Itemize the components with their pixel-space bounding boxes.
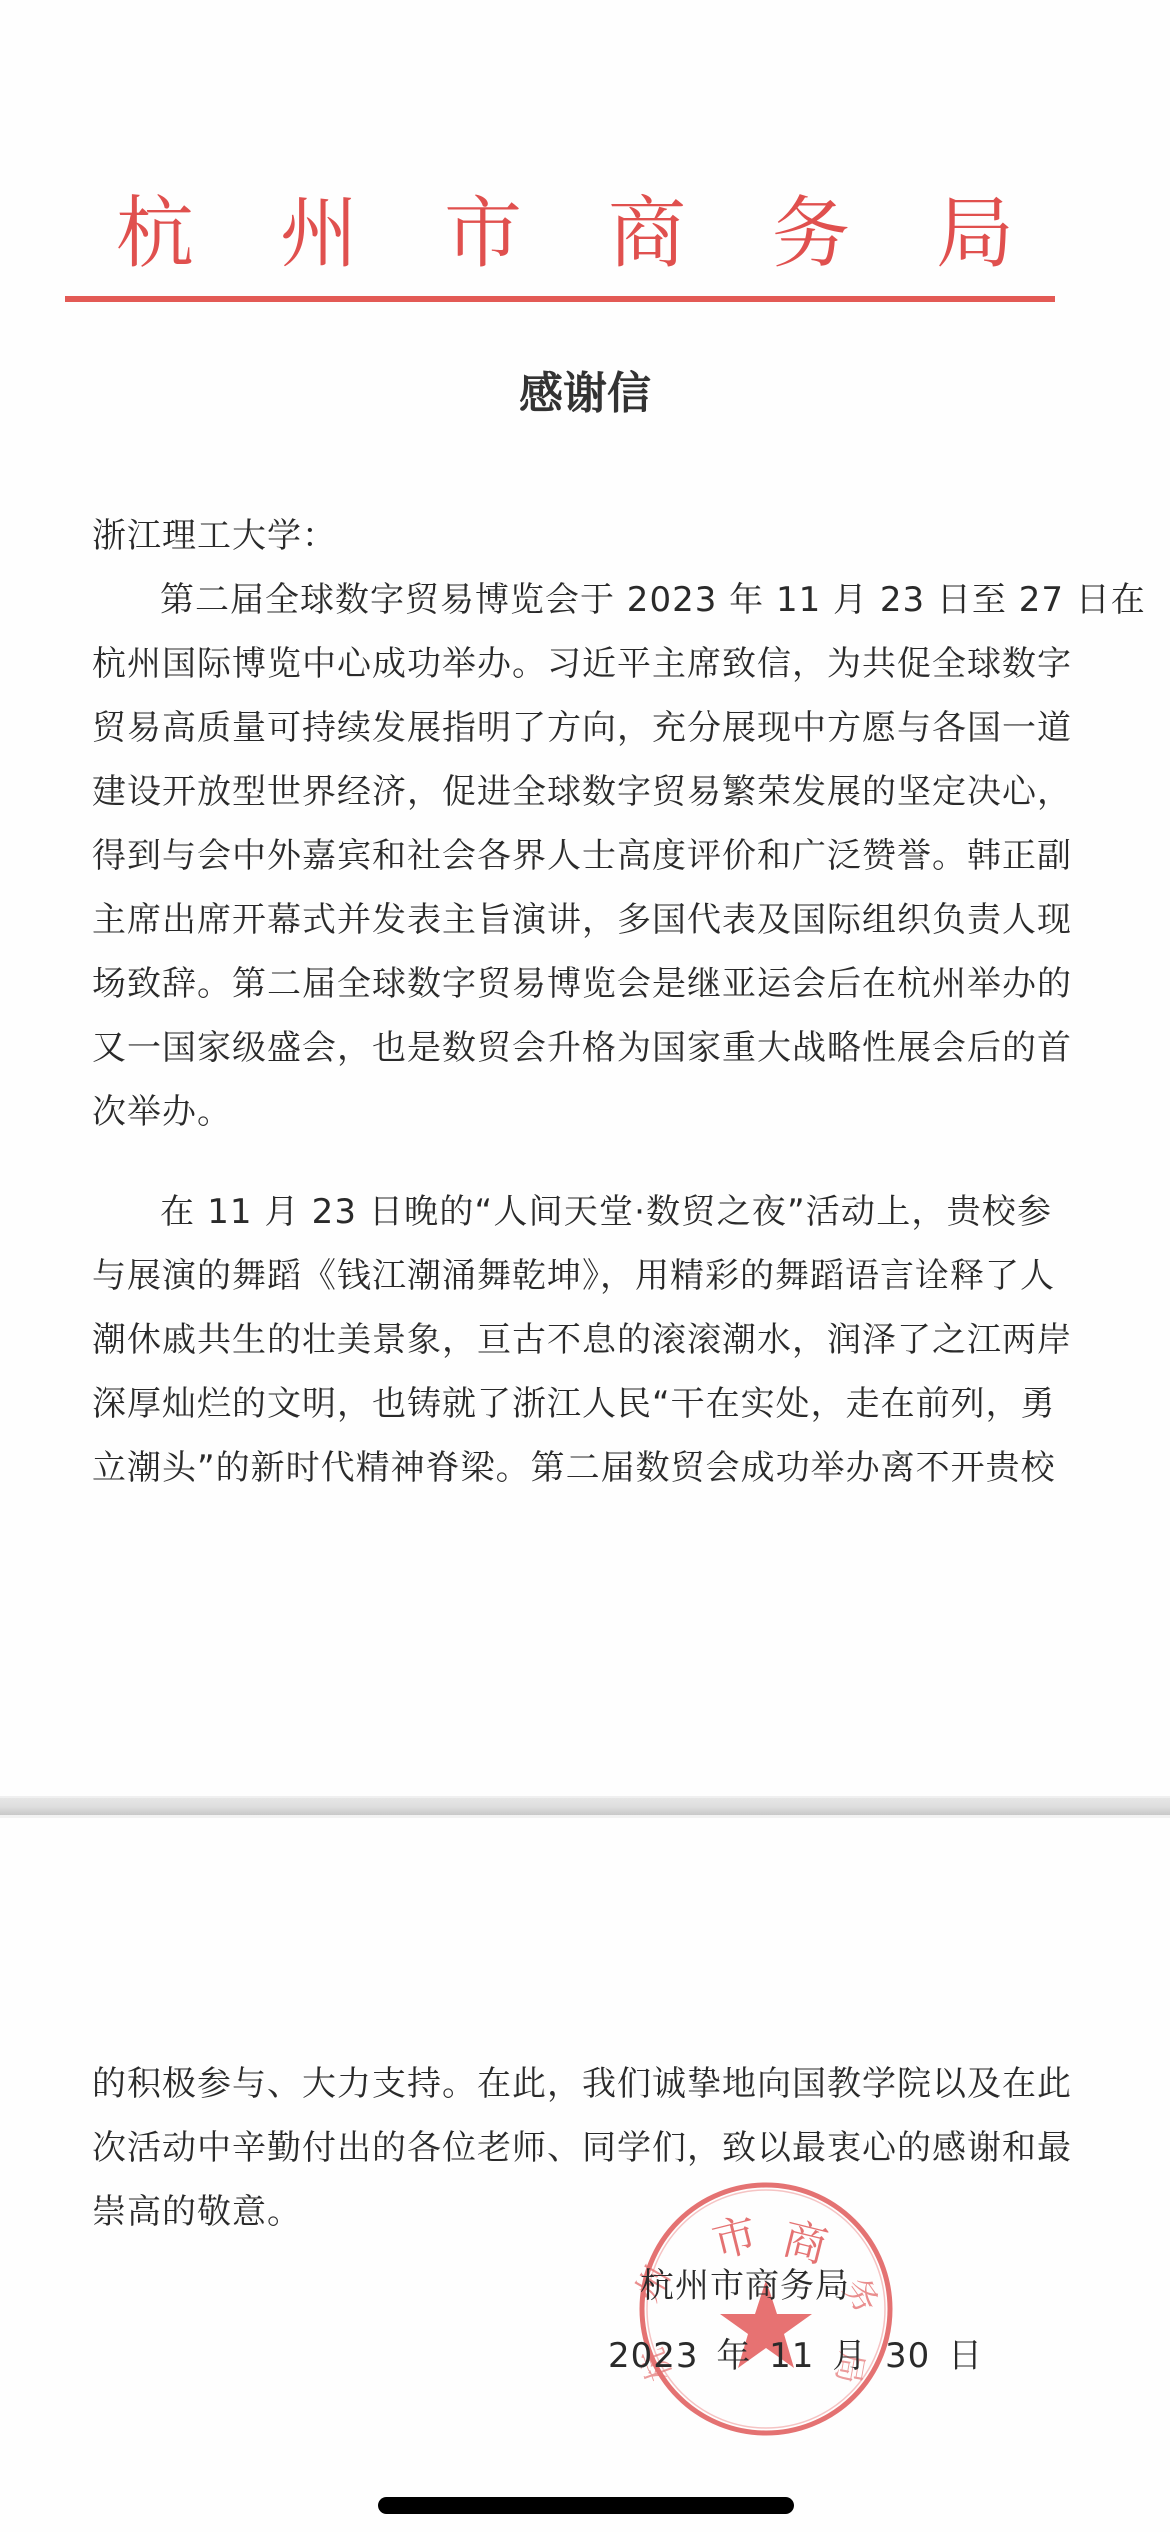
paragraph-line: 建设开放型世界经济，促进全球数字贸易繁荣发展的坚定决心，	[92, 768, 1052, 816]
letterhead: 杭 州 市 商 务 局	[100, 186, 1030, 282]
paragraph-line: 崇高的敬意。	[92, 2188, 1052, 2236]
paragraph-line: 主席出席开幕式并发表主旨演讲，多国代表及国际组织负责人现	[92, 896, 1052, 944]
paragraph-line: 在 11 月 23 日晚的“人间天堂·数贸之夜”活动上，贵校参	[160, 1188, 1052, 1236]
document-page-2	[0, 1818, 1170, 2532]
letterhead-divider	[65, 296, 1055, 302]
signature-date: 2023 年 11 月 30 日	[608, 2332, 983, 2380]
paragraph-line: 的积极参与、大力支持。在此，我们诚挚地向国教学院以及在此	[92, 2060, 1052, 2108]
home-indicator[interactable]	[378, 2497, 794, 2514]
letterhead-char: 局	[920, 186, 1030, 282]
letterhead-char: 州	[264, 186, 374, 282]
paragraph-line: 与展演的舞蹈《钱江潮涌舞乾坤》，用精彩的舞蹈语言诠释了人	[92, 1252, 1052, 1300]
page-separator	[0, 1796, 1170, 1818]
signature-organization: 杭州市商务局	[640, 2262, 850, 2310]
letterhead-char: 商	[592, 186, 702, 282]
paragraph-line: 立潮头”的新时代精神脊梁。第二届数贸会成功举办离不开贵校	[92, 1444, 1052, 1492]
paragraph-line: 得到与会中外嘉宾和社会各界人士高度评价和广泛赞誉。韩正副	[92, 832, 1052, 880]
letterhead-char: 务	[756, 186, 866, 282]
paragraph-line: 场致辞。第二届全球数字贸易博览会是继亚运会后在杭州举办的	[92, 960, 1052, 1008]
document-page-1: 杭 州 市 商 务 局 感谢信 浙江理工大学： 第二届全球数字贸易博览会于 20…	[0, 0, 1170, 1796]
document-title: 感谢信	[0, 364, 1170, 424]
paragraph-line: 次举办。	[92, 1088, 1052, 1136]
paragraph-line: 深厚灿烂的文明，也铸就了浙江人民“干在实处，走在前列，勇	[92, 1380, 1052, 1428]
paragraph-line: 杭州国际博览中心成功举办。习近平主席致信，为共促全球数字	[92, 640, 1052, 688]
paragraph-line: 次活动中辛勤付出的各位老师、同学们，致以最衷心的感谢和最	[92, 2124, 1052, 2172]
paragraph-line: 潮休戚共生的壮美景象，亘古不息的滚滚潮水，润泽了之江两岸	[92, 1316, 1052, 1364]
letterhead-char: 杭	[100, 186, 210, 282]
salutation: 浙江理工大学：	[92, 512, 1052, 560]
svg-text:市: 市	[707, 2209, 762, 2269]
letterhead-char: 市	[428, 186, 538, 282]
paragraph-line: 贸易高质量可持续发展指明了方向，充分展现中方愿与各国一道	[92, 704, 1052, 752]
paragraph-line: 第二届全球数字贸易博览会于 2023 年 11 月 23 日至 27 日在	[160, 576, 1052, 624]
paragraph-line: 又一国家级盛会，也是数贸会升格为国家重大战略性展会后的首	[92, 1024, 1052, 1072]
